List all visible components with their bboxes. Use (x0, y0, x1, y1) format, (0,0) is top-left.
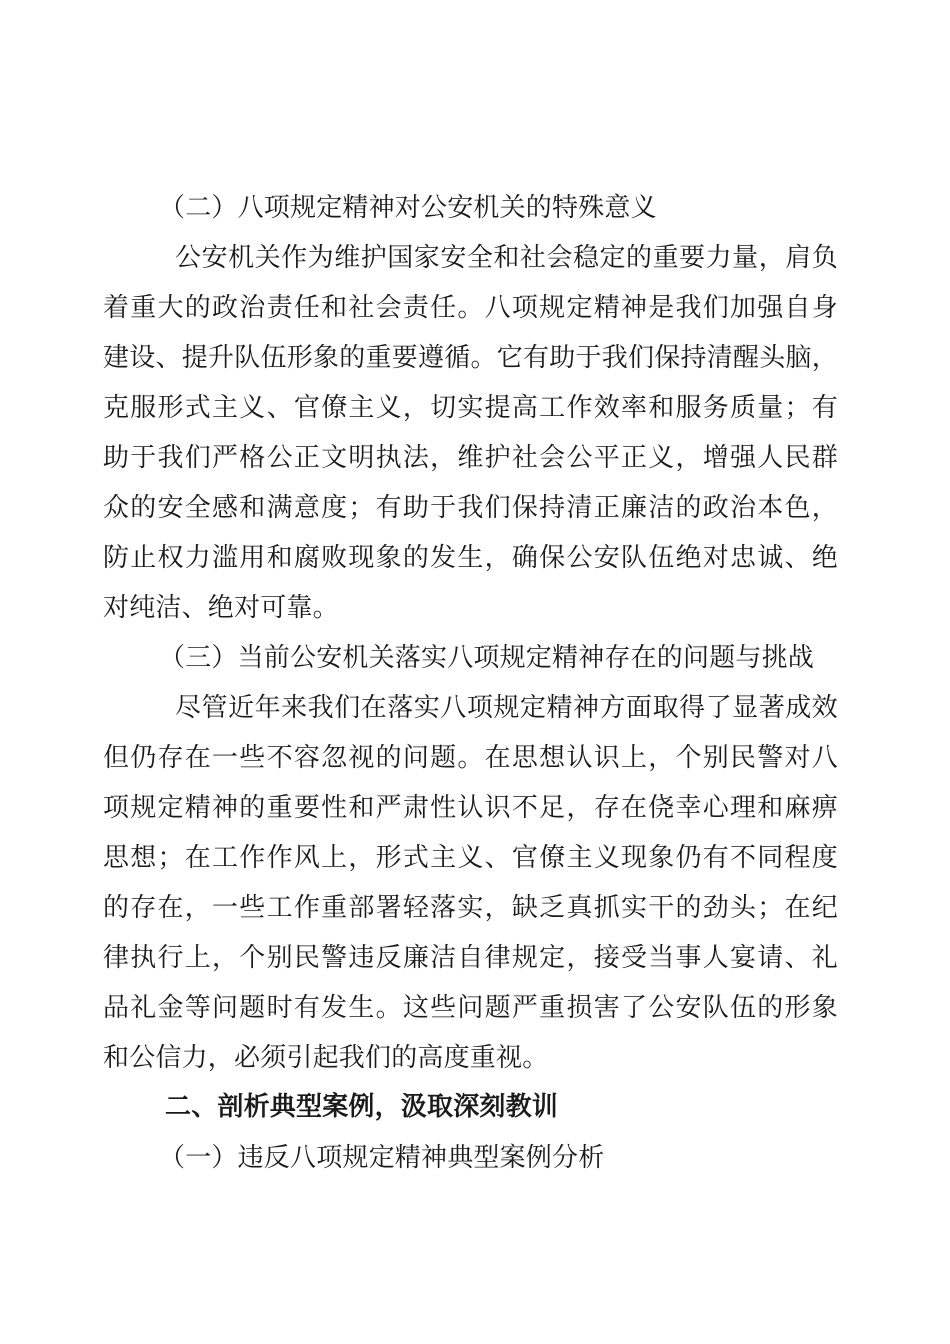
heading-line: 二、剖析典型案例，汲取深刻教训 (103, 1082, 838, 1132)
paragraph-line: 品礼金等问题时有发生。这些问题严重损害了公安队伍的形象 (103, 982, 838, 1032)
paragraph-line: 尽管近年来我们在落实八项规定精神方面取得了显著成效 (103, 682, 838, 732)
heading-line: （三）当前公安机关落实八项规定精神存在的问题与挑战 (103, 632, 838, 682)
section-heading-2-1: （一）违反八项规定精神典型案例分析 (103, 1132, 838, 1182)
section-heading-3: （三）当前公安机关落实八项规定精神存在的问题与挑战 (103, 632, 838, 682)
paragraph-line: 和公信力，必须引起我们的高度重视。 (103, 1032, 838, 1082)
paragraph-line: 众的安全感和满意度；有助于我们保持清正廉洁的政治本色， (103, 482, 838, 532)
part-2-heading: 二、剖析典型案例，汲取深刻教训 (103, 1082, 838, 1132)
paragraph-line: 对纯洁、绝对可靠。 (103, 582, 838, 632)
paragraph-line: 但仍存在一些不容忽视的问题。在思想认识上，个别民警对八 (103, 732, 838, 782)
paragraph-line: 的存在，一些工作重部署轻落实，缺乏真抓实干的劲头；在纪 (103, 882, 838, 932)
section-heading-2: （二）八项规定精神对公安机关的特殊意义 (103, 182, 838, 232)
paragraph-section-2: 公安机关作为维护国家安全和社会稳定的重要力量，肩负着重大的政治责任和社会责任。八… (103, 232, 838, 632)
paragraph-line: 项规定精神的重要性和严肃性认识不足，存在侥幸心理和麻痹 (103, 782, 838, 832)
document-page: （二）八项规定精神对公安机关的特殊意义公安机关作为维护国家安全和社会稳定的重要力… (0, 0, 950, 1344)
paragraph-line: 着重大的政治责任和社会责任。八项规定精神是我们加强自身 (103, 282, 838, 332)
document-content: （二）八项规定精神对公安机关的特殊意义公安机关作为维护国家安全和社会稳定的重要力… (103, 182, 838, 1182)
paragraph-line: 克服形式主义、官僚主义，切实提高工作效率和服务质量；有 (103, 382, 838, 432)
paragraph-section-3: 尽管近年来我们在落实八项规定精神方面取得了显著成效但仍存在一些不容忽视的问题。在… (103, 682, 838, 1082)
paragraph-line: 助于我们严格公正文明执法，维护社会公平正义，增强人民群 (103, 432, 838, 482)
paragraph-line: 防止权力滥用和腐败现象的发生，确保公安队伍绝对忠诚、绝 (103, 532, 838, 582)
paragraph-line: 律执行上，个别民警违反廉洁自律规定，接受当事人宴请、礼 (103, 932, 838, 982)
heading-line: （一）违反八项规定精神典型案例分析 (103, 1132, 838, 1182)
paragraph-line: 公安机关作为维护国家安全和社会稳定的重要力量，肩负 (103, 232, 838, 282)
paragraph-line: 思想；在工作作风上，形式主义、官僚主义现象仍有不同程度 (103, 832, 838, 882)
heading-line: （二）八项规定精神对公安机关的特殊意义 (103, 182, 838, 232)
paragraph-line: 建设、提升队伍形象的重要遵循。它有助于我们保持清醒头脑， (103, 332, 838, 382)
